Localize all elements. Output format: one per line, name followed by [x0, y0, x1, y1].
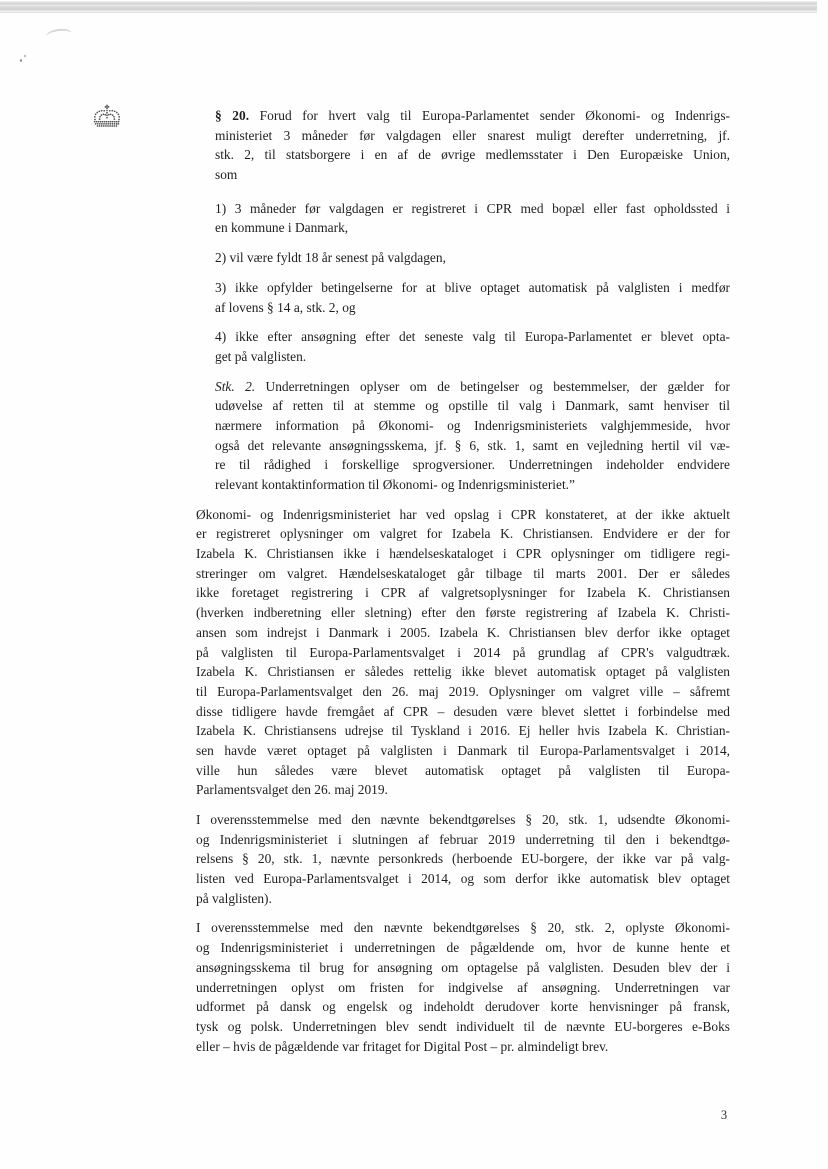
quote-intro: § 20. Forud for hvert valg til Europa-Pa…: [215, 106, 730, 185]
pencil-smudge-mark: [45, 27, 72, 42]
text-line: disse tidligere havde fremgået af CPR – …: [196, 702, 730, 722]
text-span: Underretningen oplyser om de betingelser…: [266, 379, 730, 394]
quote-item-2: 2) vil være fyldt 18 år senest på valgda…: [215, 248, 730, 268]
text-line: og Indenrigsministeriet i underretningen…: [196, 938, 730, 958]
body-paragraph-2: I overensstemmelse med den nævnte bekend…: [196, 810, 730, 908]
quote-item-4: 4) ikke efter ansøgning efter det senest…: [215, 327, 730, 366]
text-column: § 20. Forud for hvert valg til Europa-Pa…: [196, 106, 730, 1056]
text-line: som: [215, 165, 730, 185]
royal-crown-icon: [91, 103, 123, 134]
quote-item-3: 3) ikke opfylder betingelserne for at bl…: [215, 278, 730, 317]
text-line: underretningen oplyst om fristen for ind…: [196, 978, 730, 998]
document-page: § 20. Forud for hvert valg til Europa-Pa…: [0, 0, 828, 1169]
text-line: Stk. 2. Underretningen oplyser om de bet…: [215, 377, 730, 397]
text-line: re til rådighed i forskellige sprogversi…: [215, 455, 730, 475]
text-line: Økonomi- og Indenrigsministeriet har ved…: [196, 505, 730, 525]
text-line: Izabela K. Christiansen er således rette…: [196, 662, 730, 682]
text-line: 2) vil være fyldt 18 år senest på valgda…: [215, 248, 730, 268]
text-span: Forud for hvert valg til Europa-Parlamen…: [260, 108, 730, 123]
text-line: ansen som indrejst i Danmark i 2005. Iza…: [196, 623, 730, 643]
text-line: er registreret oplysninger om valgret fo…: [196, 524, 730, 544]
text-line: ansøgningsskema til brug for ansøgning o…: [196, 958, 730, 978]
text-line: en kommune i Danmark,: [215, 218, 730, 238]
paragraph-lead: § 20.: [215, 108, 249, 123]
text-line: listen ved Europa-Parlamentsvalget i 201…: [196, 869, 730, 889]
text-line: ville hun således være blevet automatisk…: [196, 761, 730, 781]
text-line: og Indenrigsministeriet i slutningen af …: [196, 830, 730, 850]
text-line: tysk og polsk. Underretningen blev sendt…: [196, 1017, 730, 1037]
text-line: I overensstemmelse med den nævnte bekend…: [196, 810, 730, 830]
scan-top-edge-artifact: [0, 1, 817, 13]
quote-item-1: 1) 3 måneder før valgdagen er registrere…: [215, 199, 730, 238]
text-line: I overensstemmelse med den nævnte bekend…: [196, 918, 730, 938]
paragraph-lead: Stk. 2.: [215, 379, 255, 394]
text-line: Izabela K. Christiansen ikke i hændelses…: [196, 544, 730, 564]
body-paragraph-1: Økonomi- og Indenrigsministeriet har ved…: [196, 505, 730, 800]
ink-speck-mark: [19, 55, 29, 65]
text-line: streringer om valgret. Hændelseskataloge…: [196, 564, 730, 584]
text-line: på valglisten til Europa-Parlamentsvalge…: [196, 643, 730, 663]
text-line: eller – hvis de pågældende var fritaget …: [196, 1037, 730, 1057]
text-line: til Europa-Parlamentsvalget den 26. maj …: [196, 682, 730, 702]
text-line: § 20. Forud for hvert valg til Europa-Pa…: [215, 106, 730, 126]
page-number: 3: [714, 1108, 734, 1123]
text-line: sen havde været optaget på valglisten i …: [196, 741, 730, 761]
text-line: på valglisten).: [196, 889, 730, 909]
text-line: også det relevante ansøgningsskema, jf. …: [215, 436, 730, 456]
text-line: stk. 2, til statsborgere i en af de øvri…: [215, 145, 730, 165]
text-line: Izabela K. Christiansens udrejse til Tys…: [196, 721, 730, 741]
text-line: relsens § 20, stk. 1, nævnte personkreds…: [196, 849, 730, 869]
text-line: udformet på dansk og engelsk og indehold…: [196, 997, 730, 1017]
quote-stk2: Stk. 2. Underretningen oplyser om de bet…: [215, 377, 730, 495]
text-line: get på valglisten.: [215, 347, 730, 367]
text-line: ikke foretaget registrering i CPR af val…: [196, 583, 730, 603]
text-line: 4) ikke efter ansøgning efter det senest…: [215, 327, 730, 347]
text-line: 1) 3 måneder før valgdagen er registrere…: [215, 199, 730, 219]
text-line: 3) ikke opfylder betingelserne for at bl…: [215, 278, 730, 298]
text-line: af lovens § 14 a, stk. 2, og: [215, 298, 730, 318]
text-line: nærmere information på Økonomi- og Inden…: [215, 416, 730, 436]
text-line: udøvelse af retten til at stemme og opst…: [215, 396, 730, 416]
text-line: ministeriet 3 måneder før valgdagen elle…: [215, 126, 730, 146]
text-line: Parlamentsvalget den 26. maj 2019.: [196, 780, 730, 800]
body-paragraph-3: I overensstemmelse med den nævnte bekend…: [196, 918, 730, 1056]
text-line: relevant kontaktinformation til Økonomi-…: [215, 475, 730, 495]
text-line: (hverken indberetning eller sletning) ef…: [196, 603, 730, 623]
